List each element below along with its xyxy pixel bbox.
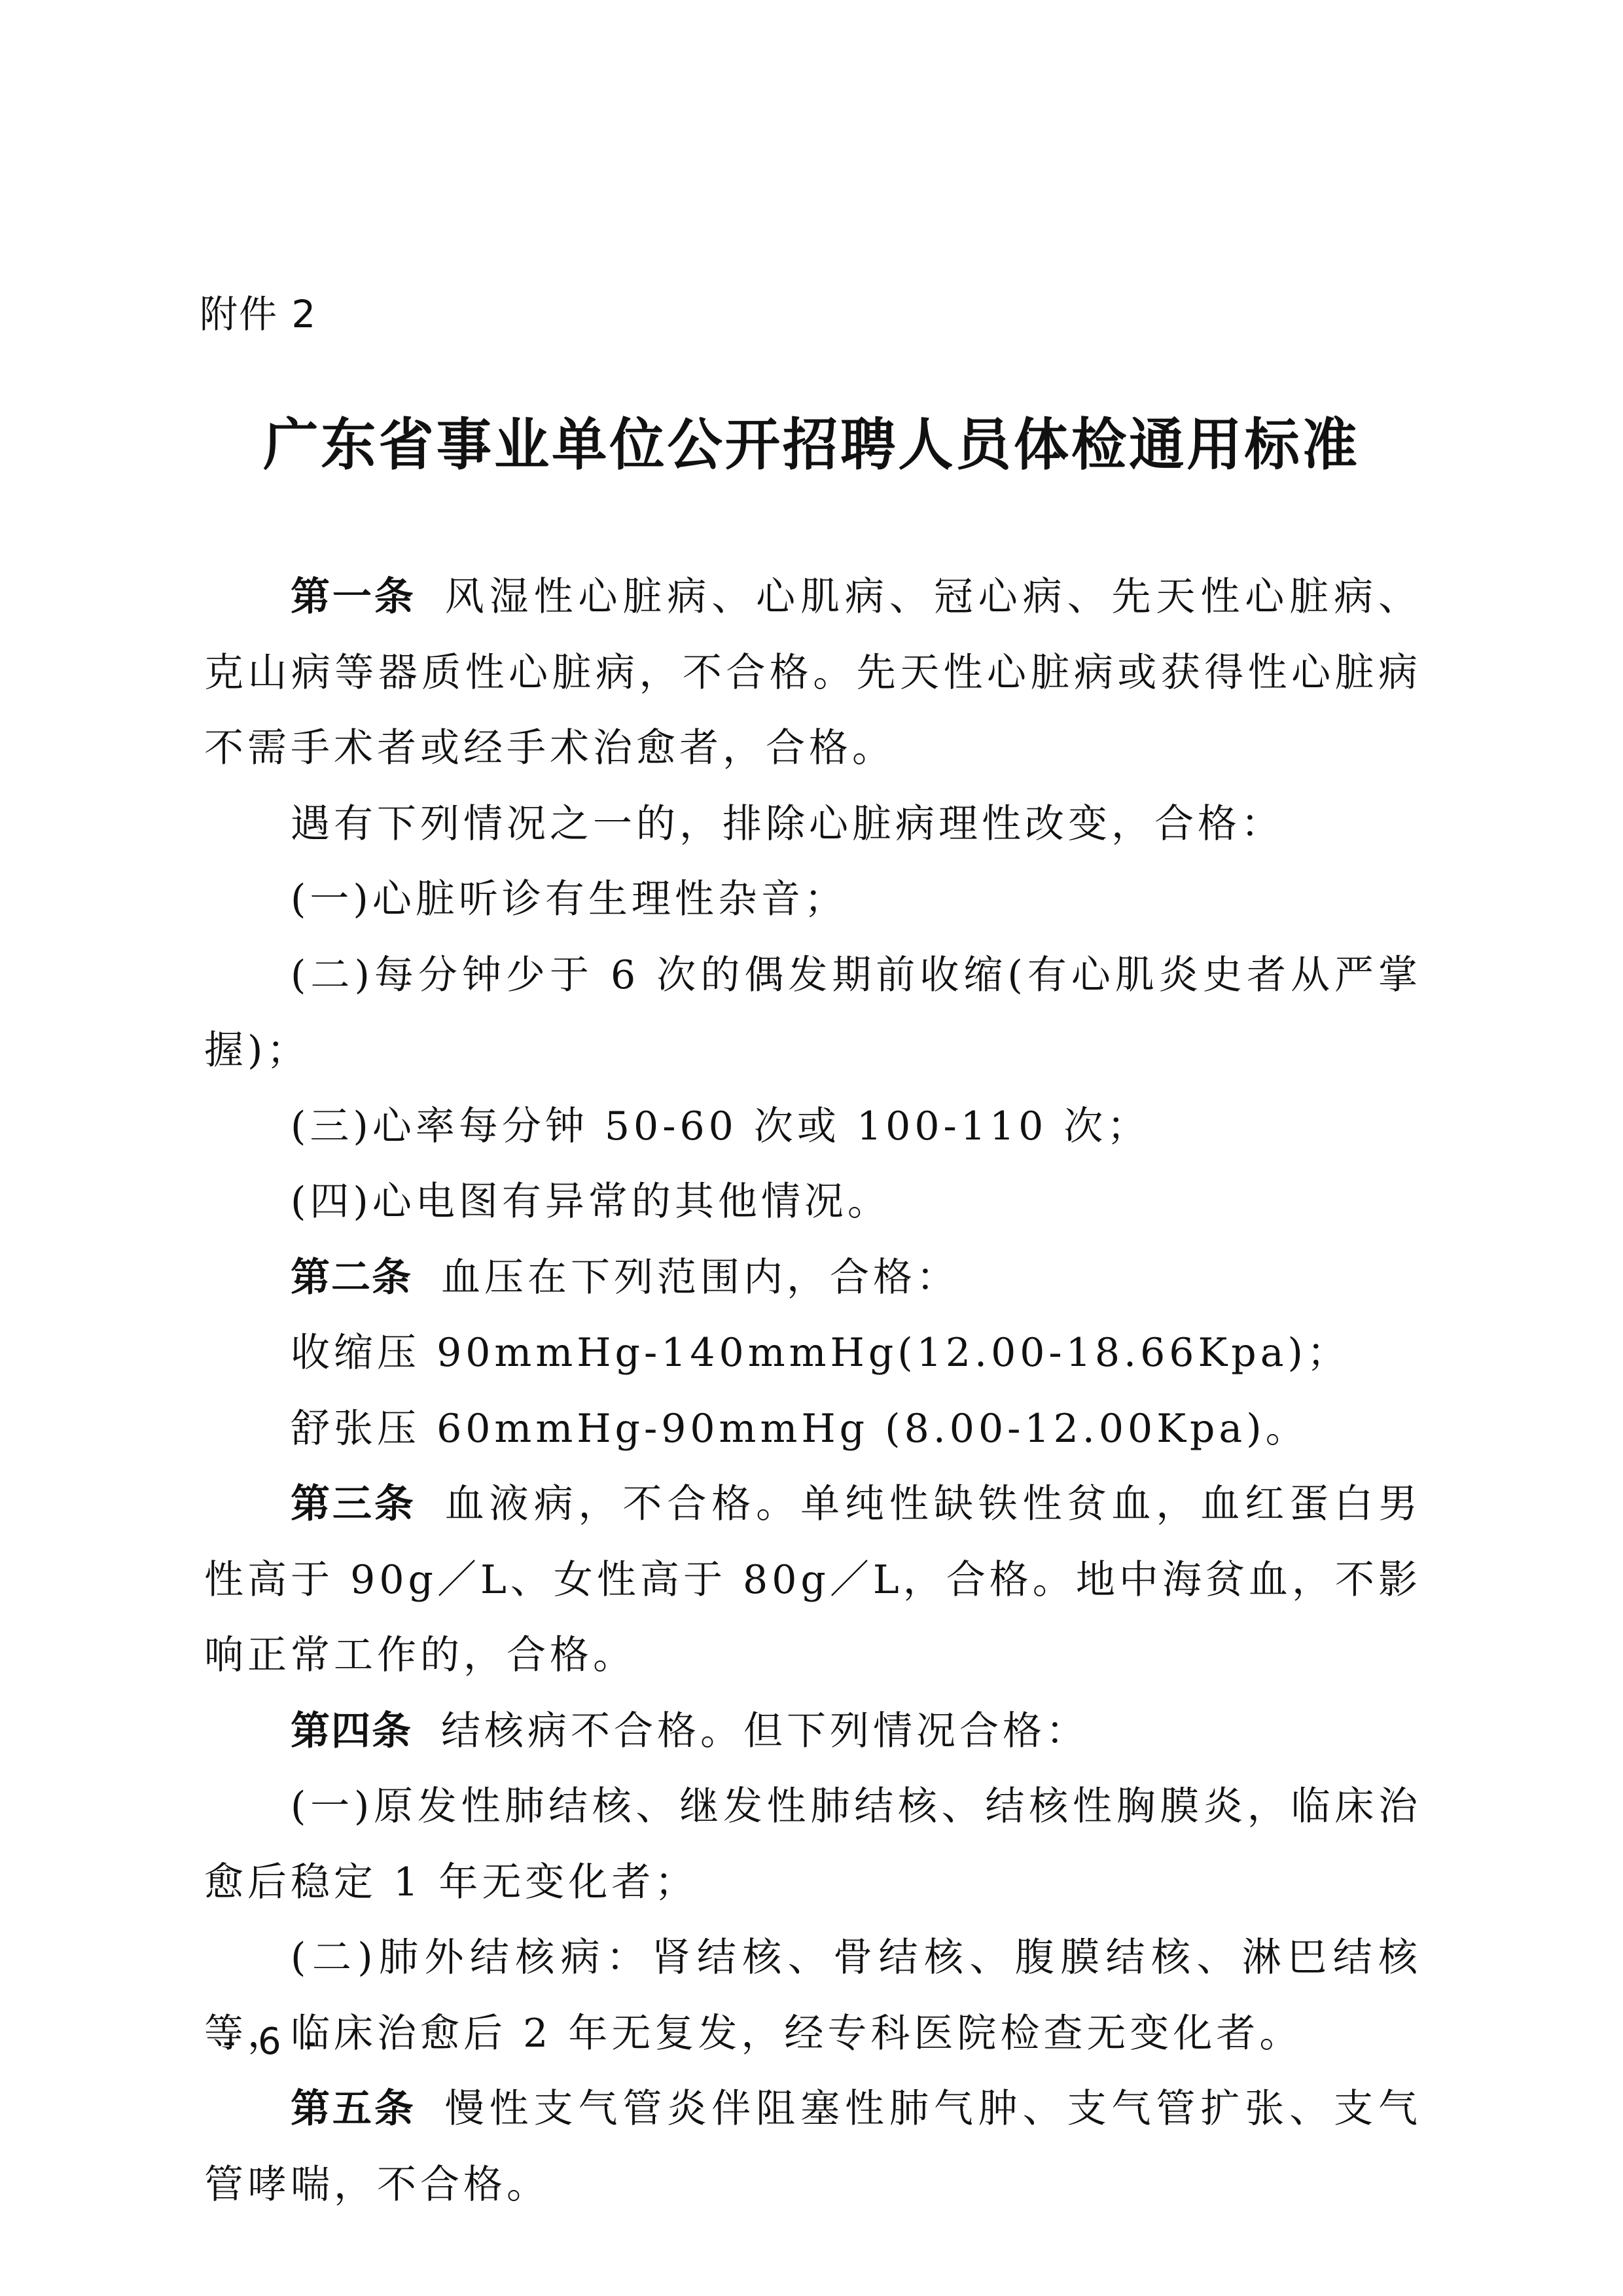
paragraph-text: 舒张压 60mmHg-90mmHg (8.00-12.00Kpa)。 (291, 1406, 1309, 1452)
paragraph-text: 遇有下列情况之一的，排除心脏病理性改变，合格： (291, 801, 1284, 847)
list-item: (一)心脏听诊有生理性杂音； (204, 862, 1421, 938)
paragraph-text: 结核病不合格。但下列情况合格： (441, 1708, 1089, 1754)
document-page: 附件 2 广东省事业单位公开招聘人员体检通用标准 第一条风湿性心脏病、心肌病、冠… (0, 0, 1623, 2296)
article-heading: 第五条 (291, 2086, 416, 2132)
list-item: (二)肺外结核病：肾结核、骨结核、腹膜结核、淋巴结核等，临床治愈后 2 年无复发… (204, 1920, 1421, 2072)
paragraph-text: 收缩压 90mmHg-140mmHg(12.00-18.66Kpa)； (291, 1330, 1350, 1376)
paragraph-text: (四)心电图有异常的其他情况。 (291, 1179, 891, 1225)
article-5-paragraph: 第五条慢性支气管炎伴阻塞性肺气肿、支气管扩张、支气管哮喘，不合格。 (204, 2072, 1421, 2223)
attachment-label: 附件 2 (200, 288, 317, 340)
paragraph: 遇有下列情况之一的，排除心脏病理性改变，合格： (204, 787, 1421, 863)
list-item: (四)心电图有异常的其他情况。 (204, 1164, 1421, 1240)
article-4-paragraph: 第四条结核病不合格。但下列情况合格： (204, 1694, 1421, 1770)
article-heading: 第四条 (291, 1708, 412, 1754)
paragraph-text: 血压在下列范围内，合格： (441, 1255, 959, 1300)
list-item: 舒张压 60mmHg-90mmHg (8.00-12.00Kpa)。 (204, 1391, 1421, 1467)
list-item: 收缩压 90mmHg-140mmHg(12.00-18.66Kpa)； (204, 1316, 1421, 1391)
article-3-paragraph: 第三条血液病，不合格。单纯性缺铁性贫血，血红蛋白男性高于 90g／L、女性高于 … (204, 1467, 1421, 1694)
article-heading: 第一条 (291, 574, 416, 620)
paragraph-text: (二)每分钟少于 6 次的偶发期前收缩(有心肌炎史者从严掌握)； (204, 952, 1421, 1074)
article-1-paragraph: 第一条风湿性心脏病、心肌病、冠心病、先天性心脏病、克山病等器质性心脏病，不合格。… (204, 560, 1421, 787)
list-item: (三)心率每分钟 50-60 次或 100-110 次； (204, 1089, 1421, 1165)
article-heading: 第二条 (291, 1255, 412, 1300)
article-heading: 第三条 (291, 1481, 416, 1527)
document-body: 第一条风湿性心脏病、心肌病、冠心病、先天性心脏病、克山病等器质性心脏病，不合格。… (204, 560, 1421, 2223)
document-title: 广东省事业单位公开招聘人员体检通用标准 (16, 406, 1607, 484)
page-number: - 6 - (223, 2016, 322, 2068)
article-2-paragraph: 第二条血压在下列范围内，合格： (204, 1240, 1421, 1316)
paragraph-text: (一)原发性肺结核、继发性肺结核、结核性胸膜炎，临床治愈后稳定 1 年无变化者； (204, 1784, 1421, 1905)
paragraph-text: (二)肺外结核病：肾结核、骨结核、腹膜结核、淋巴结核等，临床治愈后 2 年无复发… (204, 1935, 1421, 2056)
list-item: (一)原发性肺结核、继发性肺结核、结核性胸膜炎，临床治愈后稳定 1 年无变化者； (204, 1769, 1421, 1920)
list-item: (二)每分钟少于 6 次的偶发期前收缩(有心肌炎史者从严掌握)； (204, 938, 1421, 1089)
paragraph-text: (三)心率每分钟 50-60 次或 100-110 次； (291, 1103, 1150, 1149)
paragraph-text: (一)心脏听诊有生理性杂音； (291, 876, 847, 922)
